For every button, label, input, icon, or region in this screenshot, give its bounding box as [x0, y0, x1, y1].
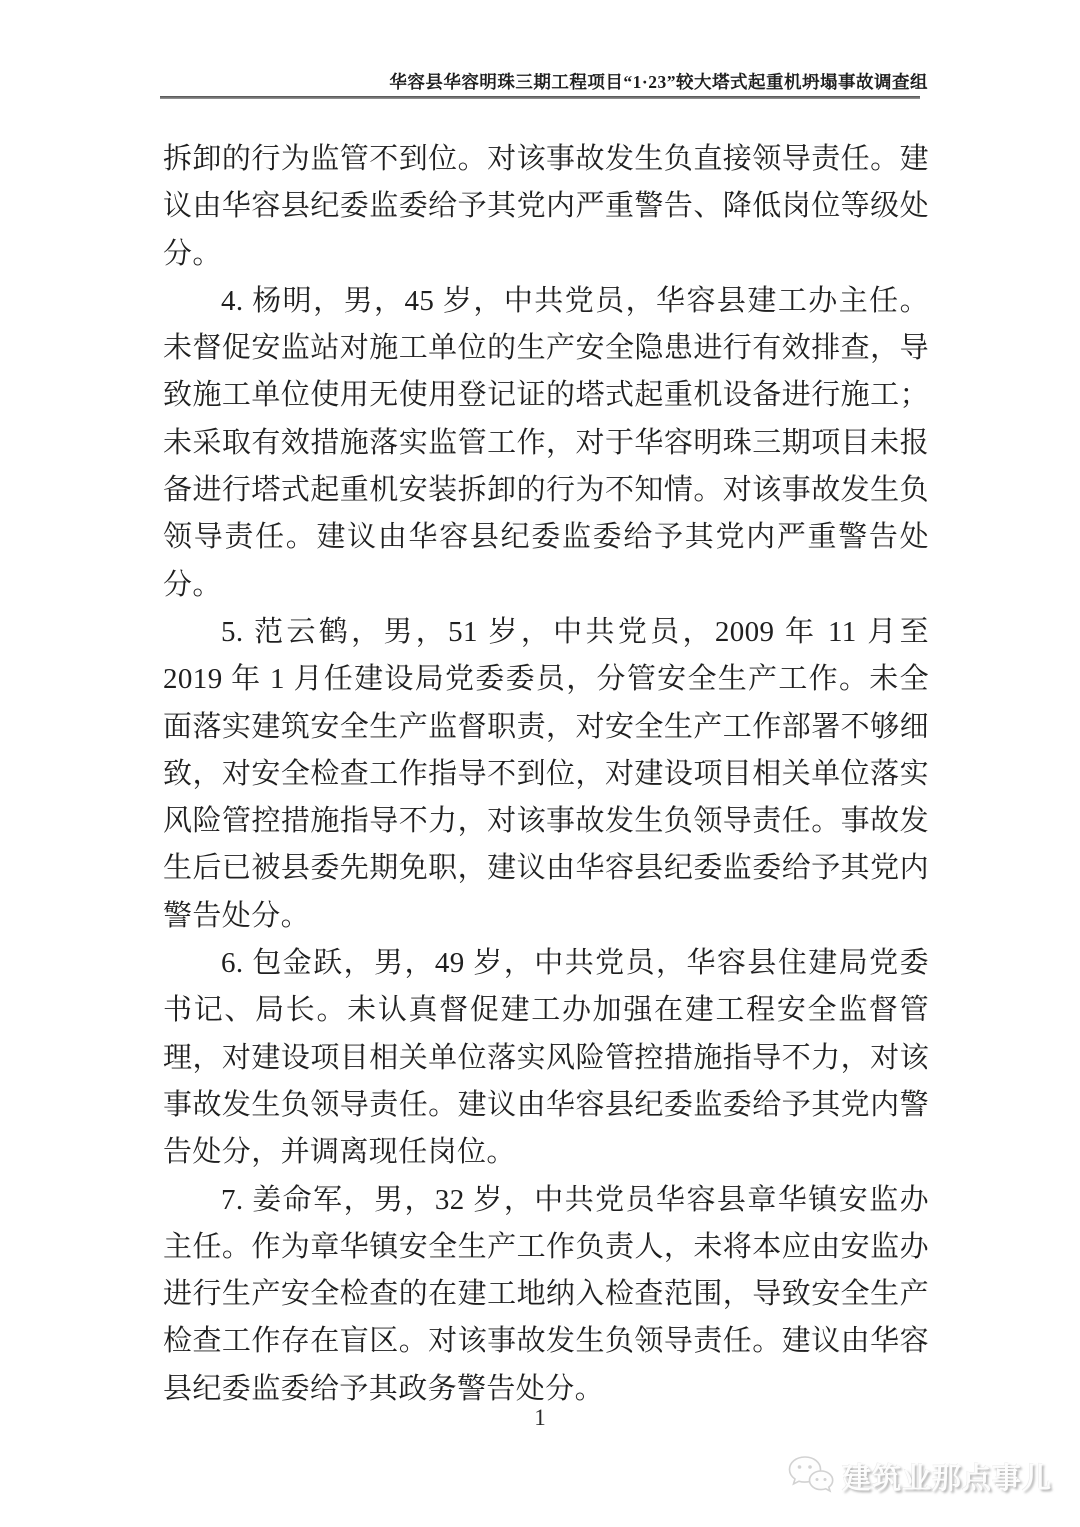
paragraph: 4. 杨明，男，45 岁，中共党员，华容县建工办主任。未督促安监站对施工单位的生…: [163, 278, 929, 609]
paragraph: 7. 姜命军，男，32 岁，中共党员华容县章华镇安监办主任。作为章华镇安全生产工…: [163, 1177, 929, 1413]
page-number: 1: [0, 1405, 1080, 1431]
running-header-title: 华容县华容明珠三期工程项目“1·23”较大塔式起重机坍塌事故调查组: [163, 69, 928, 94]
watermark-label: 建筑业那点事儿: [842, 1456, 1052, 1497]
document-page: 华容县华容明珠三期工程项目“1·23”较大塔式起重机坍塌事故调查组 拆卸的行为监…: [0, 0, 1080, 1527]
header-rule-divider: [160, 96, 920, 99]
wechat-icon: [787, 1454, 835, 1498]
watermark: 建筑业那点事儿: [787, 1454, 1052, 1498]
paragraph: 5. 范云鹤，男，51 岁，中共党员，2009 年 11 月至 2019 年 1…: [163, 609, 929, 940]
document-body: 拆卸的行为监管不到位。对该事故发生负直接领导责任。建议由华容县纪委监委给予其党内…: [163, 136, 929, 1413]
paragraph: 拆卸的行为监管不到位。对该事故发生负直接领导责任。建议由华容县纪委监委给予其党内…: [163, 136, 929, 278]
paragraph: 6. 包金跃，男，49 岁，中共党员，华容县住建局党委书记、局长。未认真督促建工…: [163, 940, 929, 1176]
